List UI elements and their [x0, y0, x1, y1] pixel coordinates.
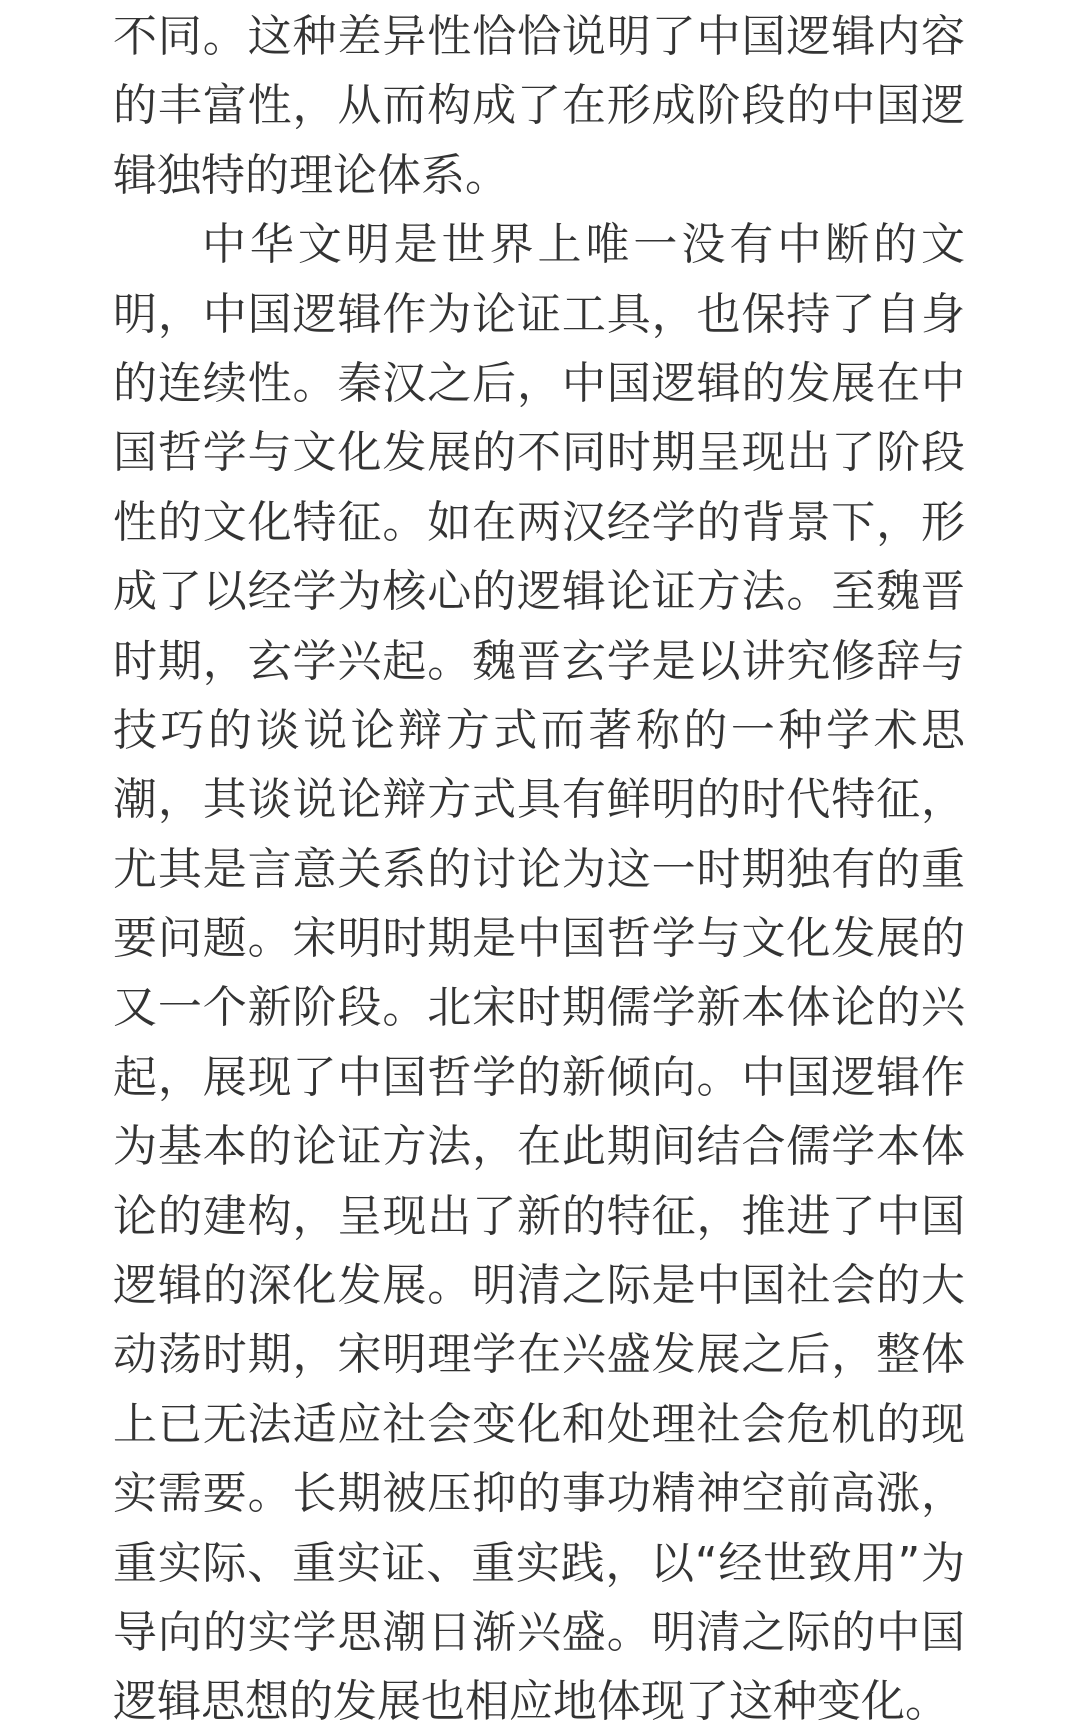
text-line: 技巧的谈说论辩方式而著称的一种学术思: [113, 696, 965, 765]
text-line: 上已无法适应社会变化和处理社会危机的现: [113, 1390, 965, 1459]
text-line: 实需要。长期被压抑的事功精神空前高涨，: [113, 1459, 965, 1528]
text-line-indented: 中华文明是世界上唯一没有中断的文: [113, 210, 965, 279]
text-line: 逻辑的深化发展。明清之际是中国社会的大: [113, 1251, 965, 1320]
text-line: 辑独特的理论体系。: [113, 141, 965, 210]
text-line: 的丰富性，从而构成了在形成阶段的中国逻: [113, 71, 965, 140]
text-line: 明，中国逻辑作为论证工具，也保持了自身: [113, 280, 965, 349]
text-line: 成了以经学为核心的逻辑论证方法。至魏晋: [113, 557, 965, 626]
text-line: 逻辑思想的发展也相应地体现了这种变化。: [113, 1667, 965, 1731]
text-line: 时期，玄学兴起。魏晋玄学是以讲究修辞与: [113, 627, 965, 696]
text-line: 重实际、重实证、重实践，以“经世致用”为: [113, 1529, 965, 1598]
text-line: 导向的实学思潮日渐兴盛。明清之际的中国: [113, 1598, 965, 1667]
text-line: 的连续性。秦汉之后，中国逻辑的发展在中: [113, 349, 965, 418]
text-line: 论的建构，呈现出了新的特征，推进了中国: [113, 1182, 965, 1251]
text-line: 不同。这种差异性恰恰说明了中国逻辑内容: [113, 2, 965, 71]
text-line: 尤其是言意关系的讨论为这一时期独有的重: [113, 835, 965, 904]
paragraph-2: 中华文明是世界上唯一没有中断的文 明，中国逻辑作为论证工具，也保持了自身 的连续…: [113, 210, 965, 1731]
text-line: 又一个新阶段。北宋时期儒学新本体论的兴: [113, 973, 965, 1042]
document-page: 不同。这种差异性恰恰说明了中国逻辑内容 的丰富性，从而构成了在形成阶段的中国逻 …: [113, 2, 965, 1731]
text-line: 性的文化特征。如在两汉经学的背景下，形: [113, 488, 965, 557]
text-line: 为基本的论证方法，在此期间结合儒学本体: [113, 1112, 965, 1181]
text-line: 起，展现了中国哲学的新倾向。中国逻辑作: [113, 1043, 965, 1112]
text-line: 动荡时期，宋明理学在兴盛发展之后，整体: [113, 1320, 965, 1389]
paragraph-1: 不同。这种差异性恰恰说明了中国逻辑内容 的丰富性，从而构成了在形成阶段的中国逻 …: [113, 2, 965, 210]
text-line: 国哲学与文化发展的不同时期呈现出了阶段: [113, 418, 965, 487]
text-line: 潮，其谈说论辩方式具有鲜明的时代特征，: [113, 765, 965, 834]
text-line: 要问题。宋明时期是中国哲学与文化发展的: [113, 904, 965, 973]
